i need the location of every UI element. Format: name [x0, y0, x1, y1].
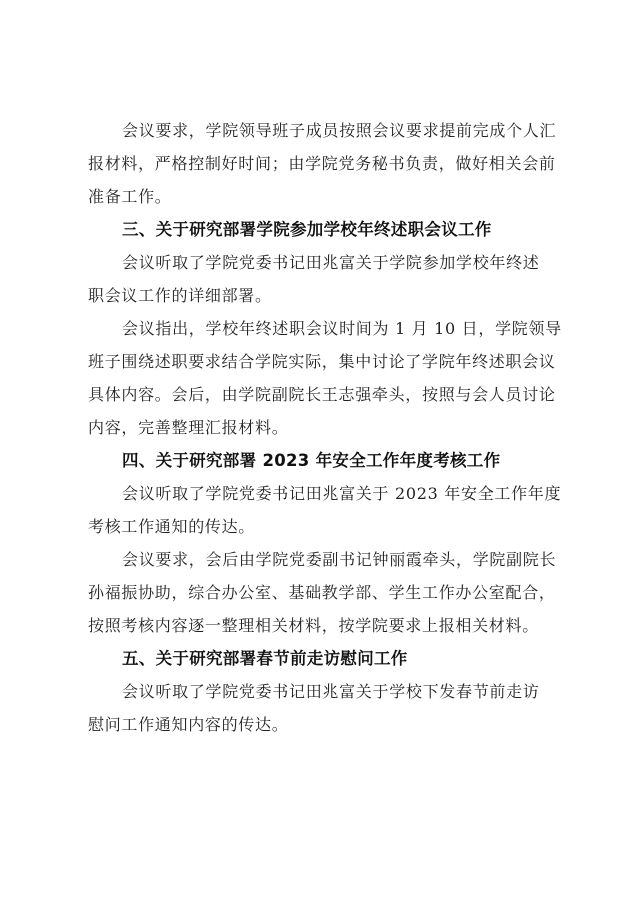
paragraph-spring-festival-visits: 会议听取了学院党委书记田兆富关于学校下发春节前走访 慰问工作通知内容的传达。	[88, 675, 558, 741]
text-line: 职会议工作的详细部署。	[88, 279, 558, 312]
text-line: 班子围绕述职要求结合学院实际，集中讨论了学院年终述职会议	[88, 345, 558, 378]
text-line: 会议听取了学院党委书记田兆富关于学院参加学校年终述	[88, 246, 558, 279]
text-line: 按照考核内容逐一整理相关材料，按学院要求上报相关材料。	[88, 609, 558, 642]
text-line: 准备工作。	[88, 180, 558, 213]
section-heading-3: 三、关于研究部署学院参加学校年终述职会议工作	[88, 213, 558, 246]
text-line: 会议要求，会后由学院党委副书记钟丽霞牵头，学院副院长	[88, 543, 558, 576]
section-heading-5: 五、关于研究部署春节前走访慰问工作	[88, 642, 558, 675]
paragraph-safety-requirements: 会议要求，会后由学院党委副书记钟丽霞牵头，学院副院长 孙福振协助，综合办公室、基…	[88, 543, 558, 642]
text-line: 考核工作通知的传达。	[88, 510, 558, 543]
text-line: 报材料，严格控制好时间；由学院党务秘书负责，做好相关会前	[88, 147, 558, 180]
document-page: 会议要求，学院领导班子成员按照会议要求提前完成个人汇 报材料，严格控制好时间；由…	[88, 114, 558, 741]
paragraph-year-end-details: 会议指出，学校年终述职会议时间为 1 月 10 日，学院领导 班子围绕述职要求结…	[88, 312, 558, 444]
text-line: 会议指出，学校年终述职会议时间为 1 月 10 日，学院领导	[88, 312, 558, 345]
text-line: 会议听取了学院党委书记田兆富关于 2023 年安全工作年度	[88, 477, 558, 510]
text-line: 具体内容。会后，由学院副院长王志强牵头，按照与会人员讨论	[88, 378, 558, 411]
paragraph-safety-briefing: 会议听取了学院党委书记田兆富关于 2023 年安全工作年度 考核工作通知的传达。	[88, 477, 558, 543]
paragraph-meeting-requirements: 会议要求，学院领导班子成员按照会议要求提前完成个人汇 报材料，严格控制好时间；由…	[88, 114, 558, 213]
section-heading-4: 四、关于研究部署 2023 年安全工作年度考核工作	[88, 444, 558, 477]
text-line: 会议要求，学院领导班子成员按照会议要求提前完成个人汇	[88, 114, 558, 147]
text-line: 慰问工作通知内容的传达。	[88, 708, 558, 741]
paragraph-year-end-briefing: 会议听取了学院党委书记田兆富关于学院参加学校年终述 职会议工作的详细部署。	[88, 246, 558, 312]
text-line: 会议听取了学院党委书记田兆富关于学校下发春节前走访	[88, 675, 558, 708]
text-line: 内容，完善整理汇报材料。	[88, 411, 558, 444]
text-line: 孙福振协助，综合办公室、基础教学部、学生工作办公室配合，	[88, 576, 558, 609]
